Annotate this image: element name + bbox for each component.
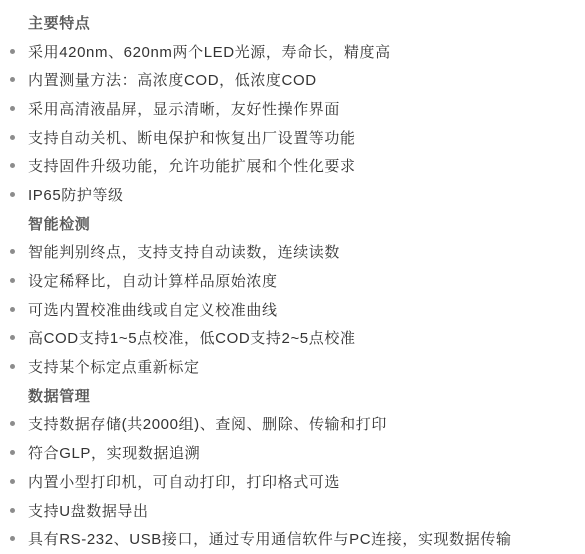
list-item-text: 采用高清液晶屏，显示清晰，友好性操作界面 <box>28 98 340 119</box>
list-item-text: 支持数据存储(共2000组)、查阅、删除、传输和打印 <box>28 413 387 434</box>
list-item-text: 采用420nm、620nm两个LED光源，寿命长，精度高 <box>28 41 391 62</box>
list-item: 内置测量方法：高浓度COD，低浓度COD <box>0 65 585 94</box>
section-heading-row: 主要特点 <box>0 8 585 37</box>
list-item-text: 支持U盘数据导出 <box>28 500 149 521</box>
list-item: 内置小型打印机，可自动打印，打印格式可选 <box>0 467 585 496</box>
bullet-icon <box>10 135 15 140</box>
bullet-icon <box>10 249 15 254</box>
section-heading-row: 数据管理 <box>0 381 585 410</box>
bullet-icon <box>10 421 15 426</box>
list-item-text: 支持固件升级功能，允许功能扩展和个性化要求 <box>28 155 356 176</box>
bullet-icon <box>10 335 15 340</box>
bullet-icon <box>10 163 15 168</box>
list-item: IP65防护等级 <box>0 180 585 209</box>
bullet-icon <box>10 508 15 513</box>
list-item: 设定稀释比，自动计算样品原始浓度 <box>0 266 585 295</box>
section-heading: 主要特点 <box>28 12 90 33</box>
section-heading: 数据管理 <box>28 385 90 406</box>
list-item: 支持某个标定点重新标定 <box>0 352 585 381</box>
bullet-icon <box>10 450 15 455</box>
bullet-icon <box>10 278 15 283</box>
list-item-text: 支持自动关机、断电保护和恢复出厂设置等功能 <box>28 127 356 148</box>
bullet-icon <box>10 192 15 197</box>
list-item: 支持数据存储(共2000组)、查阅、删除、传输和打印 <box>0 410 585 439</box>
bullet-icon <box>10 106 15 111</box>
list-item-text: 内置测量方法：高浓度COD，低浓度COD <box>28 69 317 90</box>
list-item: 支持自动关机、断电保护和恢复出厂设置等功能 <box>0 123 585 152</box>
bullet-icon <box>10 479 15 484</box>
list-item-text: 可选内置校准曲线或自定义校准曲线 <box>28 299 278 320</box>
list-item: 支持U盘数据导出 <box>0 496 585 525</box>
list-item: 智能判别终点，支持支持自动读数，连续读数 <box>0 238 585 267</box>
section-heading-row: 智能检测 <box>0 209 585 238</box>
bullet-icon <box>10 77 15 82</box>
list-item: 高COD支持1~5点校准，低COD支持2~5点校准 <box>0 324 585 353</box>
feature-document: 主要特点 采用420nm、620nm两个LED光源，寿命长，精度高 内置测量方法… <box>0 0 585 553</box>
list-item-text: 内置小型打印机，可自动打印，打印格式可选 <box>28 471 340 492</box>
list-item: 支持固件升级功能，允许功能扩展和个性化要求 <box>0 151 585 180</box>
list-item-text: 设定稀释比，自动计算样品原始浓度 <box>28 270 278 291</box>
bullet-icon <box>10 364 15 369</box>
list-item-text: 符合GLP，实现数据追溯 <box>28 442 200 463</box>
bullet-icon <box>10 307 15 312</box>
list-item: 具有RS-232、USB接口，通过专用通信软件与PC连接，实现数据传输 <box>0 524 585 553</box>
bullet-icon <box>10 536 15 541</box>
list-item-text: 智能判别终点，支持支持自动读数，连续读数 <box>28 241 340 262</box>
list-item: 符合GLP，实现数据追溯 <box>0 438 585 467</box>
section-heading: 智能检测 <box>28 213 90 234</box>
list-item-text: 高COD支持1~5点校准，低COD支持2~5点校准 <box>28 327 356 348</box>
list-item-text: 具有RS-232、USB接口，通过专用通信软件与PC连接，实现数据传输 <box>28 528 512 549</box>
bullet-icon <box>10 49 15 54</box>
list-item-text: 支持某个标定点重新标定 <box>28 356 200 377</box>
list-item: 可选内置校准曲线或自定义校准曲线 <box>0 295 585 324</box>
list-item-text: IP65防护等级 <box>28 184 124 205</box>
list-item: 采用420nm、620nm两个LED光源，寿命长，精度高 <box>0 37 585 66</box>
list-item: 采用高清液晶屏，显示清晰，友好性操作界面 <box>0 94 585 123</box>
